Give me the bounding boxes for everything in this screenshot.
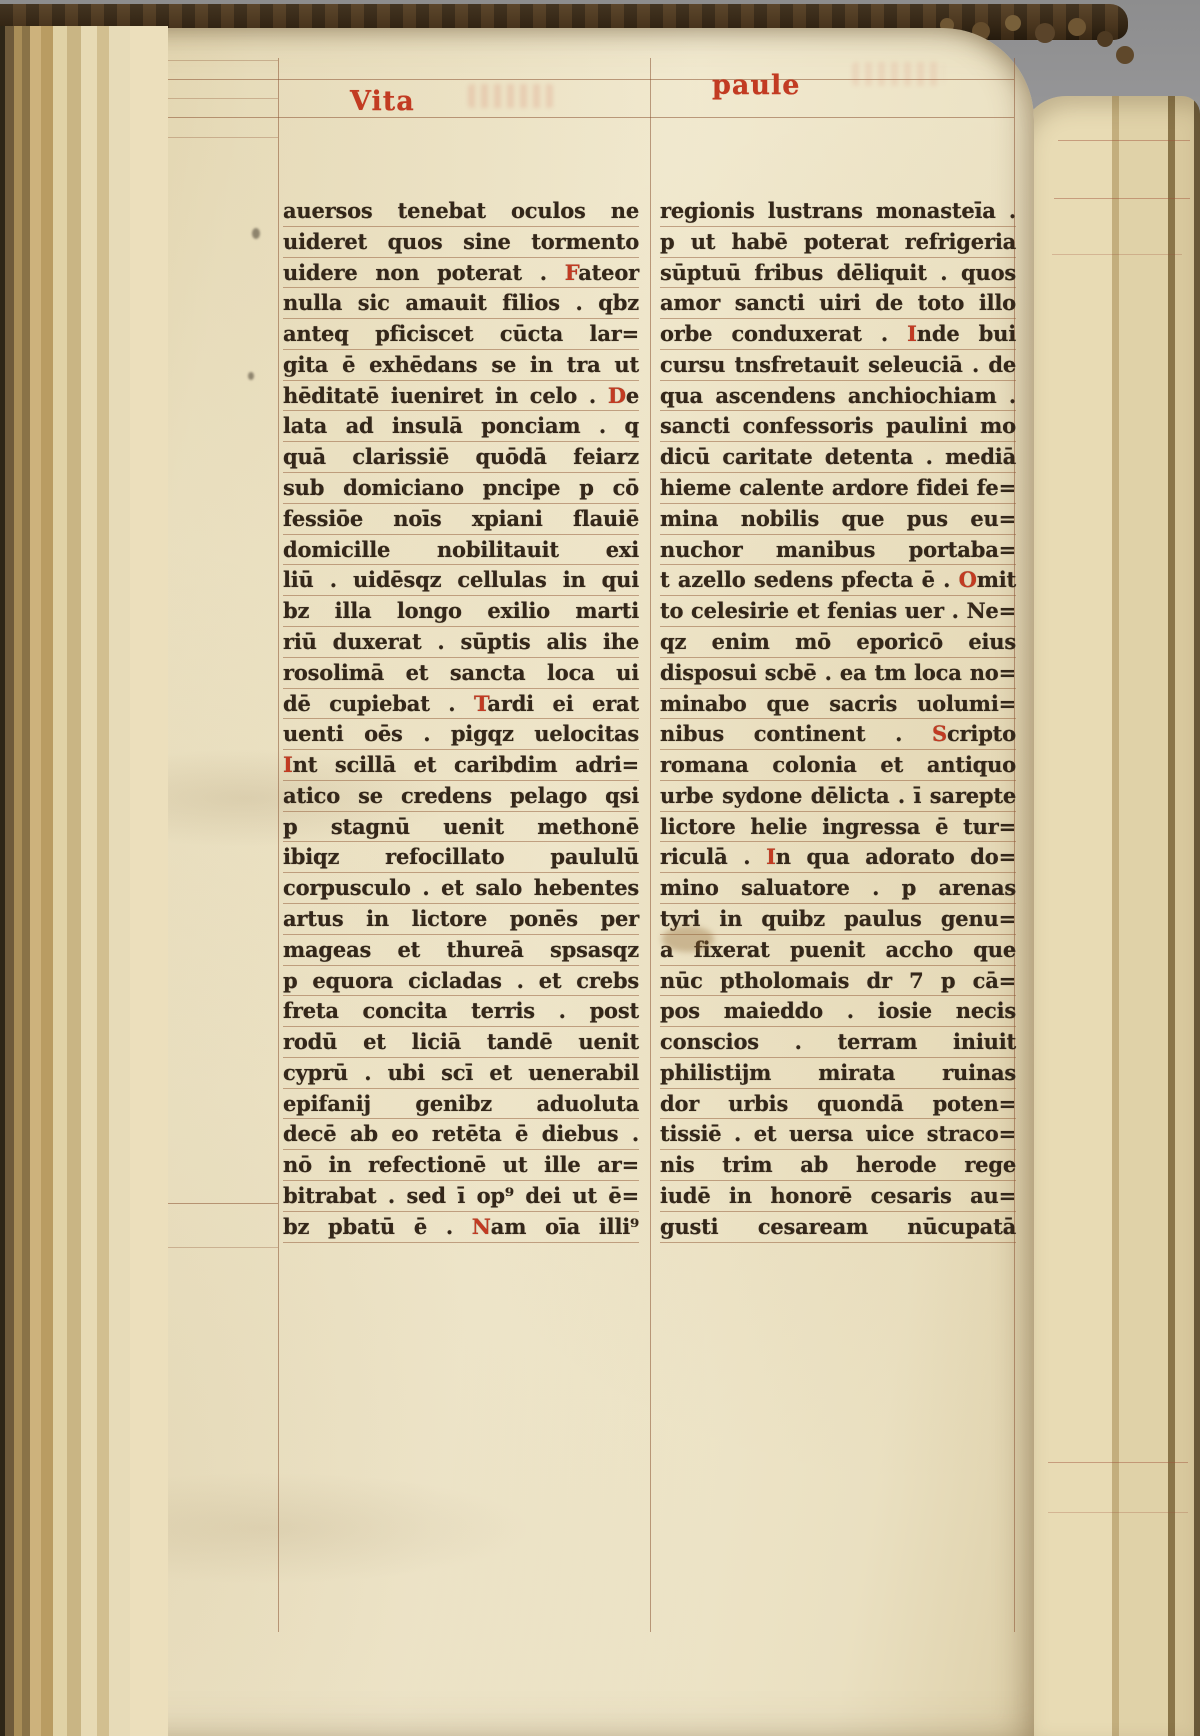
manuscript-text-line: nuchor manibus portaba= xyxy=(660,535,1016,566)
manuscript-text-line: lictore helie ingressa ē tur= xyxy=(660,812,1016,843)
manuscript-text-line: philistijm mirata ruinas xyxy=(660,1058,1016,1089)
manuscript-text-line: rodū et liciā tandē uenit xyxy=(283,1027,639,1058)
rubric-show-through xyxy=(852,62,944,86)
manuscript-text-line: cyprū . ubi scī et uenerabil xyxy=(283,1058,639,1089)
manuscript-text-line: uidere non poterat . Fateor xyxy=(283,258,639,289)
manuscript-text-line: liū . uidēsqz cellulas in qui xyxy=(283,565,639,596)
facing-page-ruling-line xyxy=(1048,1462,1188,1463)
manuscript-text-line: amor sancti uiri de toto illo xyxy=(660,288,1016,319)
manuscript-text-line: p equora cicladas . et crebs xyxy=(283,966,639,997)
manuscript-text-line: corpusculo . et salo hebentes xyxy=(283,873,639,904)
manuscript-text-line: mino saluatore . p arenas xyxy=(660,873,1016,904)
manuscript-text-line: freta concita terris . post xyxy=(283,996,639,1027)
manuscript-text-line: conscios . terram iniuit xyxy=(660,1027,1016,1058)
manuscript-text-line: mina nobilis que pus eu= xyxy=(660,504,1016,535)
manuscript-text-line: dē cupiebat . Tardi ei erat xyxy=(283,689,639,720)
manuscript-text-line: gusti cesaream nūcupatā xyxy=(660,1212,1016,1243)
manuscript-text-line: nō in refectionē ut ille ar= xyxy=(283,1150,639,1181)
manuscript-text-line: tissiē . et uersa uice straco= xyxy=(660,1119,1016,1150)
manuscript-text-line: lata ad insulā ponciam . q xyxy=(283,411,639,442)
manuscript-text-line: mageas et thureā spsasqz xyxy=(283,935,639,966)
manuscript-text-line: artus in lictore ponēs per xyxy=(283,904,639,935)
manuscript-text-line: uenti oēs . pigqz uelocitas xyxy=(283,719,639,750)
rubricated-initial: I xyxy=(766,844,776,869)
manuscript-text-line: romana colonia et antiquo xyxy=(660,750,1016,781)
rubricated-initial: S xyxy=(932,721,947,746)
facing-page-ruling-line xyxy=(1058,140,1190,141)
manuscript-text-line: riculā . In qua adorato do= xyxy=(660,842,1016,873)
manuscript-text-line: decē ab eo retēta ē diebus . xyxy=(283,1119,639,1150)
manuscript-text-line: sub domiciano pncipe p cō xyxy=(283,473,639,504)
manuscript-text-line: p ut habē poterat refrigeria xyxy=(660,227,1016,258)
manuscript-text-line: cursu tnsfretauit seleuciā . de xyxy=(660,350,1016,381)
text-column-left: auersos tenebat oculos neuideret quos si… xyxy=(283,196,639,1243)
manuscript-text-line: auersos tenebat oculos ne xyxy=(283,196,639,227)
manuscript-text-line: epifanij genibz aduoluta xyxy=(283,1089,639,1120)
manuscript-text-line: anteq pficiscet cūcta lar= xyxy=(283,319,639,350)
rubricated-initial: O xyxy=(959,567,977,592)
ruling-line-vertical xyxy=(650,58,651,1632)
manuscript-text-line: atico se credens pelago qsi xyxy=(283,781,639,812)
manuscript-text-line: to celesirie et fenias uer . Ne= xyxy=(660,596,1016,627)
manuscript-text-line: qua ascendens anchiochiam . xyxy=(660,381,1016,412)
running-title-right: paule xyxy=(712,70,800,101)
photo-backdrop: Vita paule auersos tenebat oculos neuide… xyxy=(0,0,1200,1736)
manuscript-text-line: uideret quos sine tormento xyxy=(283,227,639,258)
manuscript-text-line: hēditatē iueniret in celo . De xyxy=(283,381,639,412)
manuscript-text-line: ibiqz refocillato paululū xyxy=(283,842,639,873)
manuscript-text-line: riū duxerat . sūptis alis ihe xyxy=(283,627,639,658)
parchment-stain xyxy=(662,926,714,952)
manuscript-text-line: nis trim ab herode rege xyxy=(660,1150,1016,1181)
manuscript-text-line: sancti confessoris paulini mo xyxy=(660,411,1016,442)
text-column-right: regionis lustrans monasteīa .p ut habē p… xyxy=(660,196,1016,1243)
manuscript-text-line: fessiōe noīs xpiani flauiē xyxy=(283,504,639,535)
manuscript-text-line: p stagnū uenit methonē xyxy=(283,812,639,843)
ruling-line-horizontal xyxy=(62,117,1014,118)
manuscript-text-line: nibus continent . Scripto xyxy=(660,719,1016,750)
rubricated-initial: F xyxy=(565,260,579,285)
manuscript-text-line: sūptuū fribus dēliquit . quos xyxy=(660,258,1016,289)
manuscript-text-line: minabo que sacris uolumi= xyxy=(660,689,1016,720)
facing-page-ruling-line xyxy=(1048,1512,1188,1513)
page-edge-stack xyxy=(0,26,168,1736)
rubric-show-through xyxy=(468,84,554,108)
manuscript-text-line: orbe conduxerat . Inde bui xyxy=(660,319,1016,350)
manuscript-text-line: gita ē exhēdans se in tra ut xyxy=(283,350,639,381)
manuscript-text-line: disposui scbē . ea tm loca no= xyxy=(660,658,1016,689)
ruling-line-vertical xyxy=(278,58,279,1632)
facing-page-ruling-line xyxy=(1052,254,1182,255)
manuscript-text-line: rosolimā et sancta loca ui xyxy=(283,658,639,689)
manuscript-text-line: pos maieddo . iosie necis xyxy=(660,996,1016,1027)
manuscript-text-line: hieme calente ardore fidei fe= xyxy=(660,473,1016,504)
manuscript-text-line: dor urbis quondā poten= xyxy=(660,1089,1016,1120)
manuscript-text-line: bitrabat . sed ī op⁹ dei ut ē= xyxy=(283,1181,639,1212)
manuscript-text-line: tyri in quibz paulus genu= xyxy=(660,904,1016,935)
manuscript-text-line: bz pbatū ē . Nam oīa illi⁹ xyxy=(283,1212,639,1243)
facing-page-ruling-line xyxy=(1054,198,1190,199)
rubricated-initial: I xyxy=(283,752,293,777)
manuscript-text-line: Int scillā et caribdim adri= xyxy=(283,750,639,781)
running-title-left: Vita xyxy=(350,86,415,117)
ink-speck xyxy=(252,228,260,239)
manuscript-text-line: dicū caritate detenta . mediā xyxy=(660,442,1016,473)
rubricated-initial: D xyxy=(608,383,626,408)
manuscript-text-line: quā clarissiē quōdā feiarz xyxy=(283,442,639,473)
manuscript-text-line: qz enim mō eporicō eius xyxy=(660,627,1016,658)
rubricated-initial: I xyxy=(907,321,917,346)
rubricated-initial: N xyxy=(472,1214,491,1239)
manuscript-text-line: iudē in honorē cesaris au= xyxy=(660,1181,1016,1212)
manuscript-text-line: t azello sedens pfecta ē . Omit xyxy=(660,565,1016,596)
manuscript-text-line: nūc ptholomais dr 7 p cā= xyxy=(660,966,1016,997)
rubricated-initial: T xyxy=(474,691,487,716)
manuscript-text-line: domicille nobilitauit exi xyxy=(283,535,639,566)
manuscript-text-line: urbe sydone dēlicta . ī sarepte xyxy=(660,781,1016,812)
manuscript-text-line: regionis lustrans monasteīa . xyxy=(660,196,1016,227)
manuscript-text-line: nulla sic amauit filios . qbz xyxy=(283,288,639,319)
ink-speck xyxy=(248,372,254,380)
manuscript-text-line: bz illa longo exilio marti xyxy=(283,596,639,627)
manuscript-page: Vita paule auersos tenebat oculos neuide… xyxy=(56,28,1034,1736)
facing-page-edge xyxy=(1020,96,1200,1736)
